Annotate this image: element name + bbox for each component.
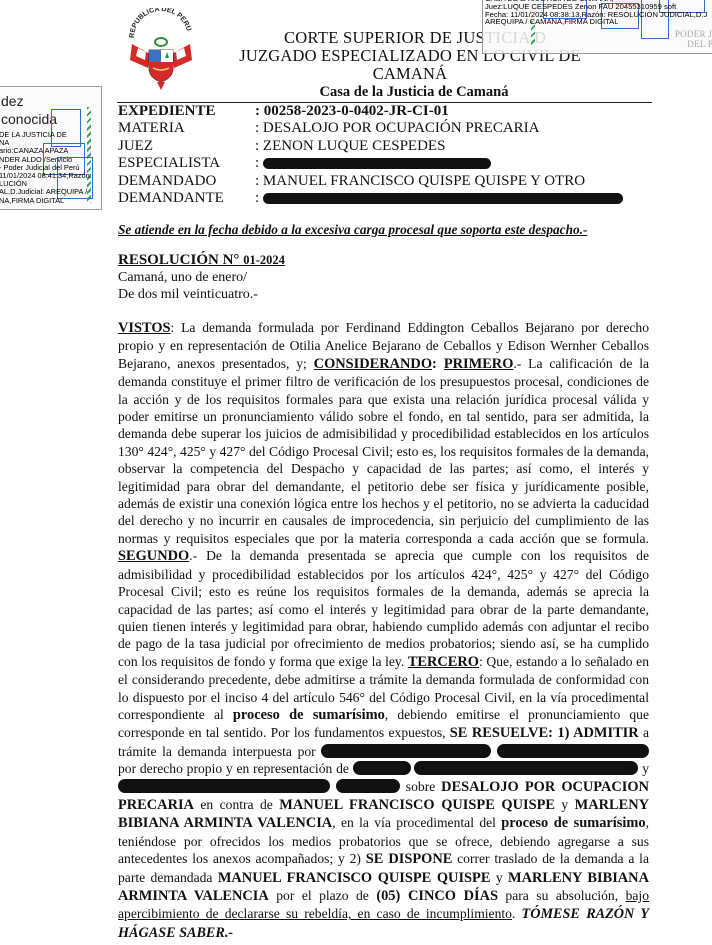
signature-line: AREQUIPA / CAMANA,FIRMA DIGITAL <box>485 18 707 26</box>
case-value: : <box>255 155 491 172</box>
redaction-block <box>353 761 411 775</box>
case-label: EXPEDIENTE <box>118 103 255 120</box>
signature-line: DE LA JUSTICIA DE <box>0 131 92 139</box>
signature-details: DE LA JUSTICIA DE NA ario:CANAZA APAZA N… <box>0 131 92 205</box>
bold-text: proceso de sumarísimo <box>501 815 645 831</box>
colon: : <box>255 190 259 206</box>
body-text: para su absolución, <box>498 888 626 903</box>
case-value: : <box>255 190 623 207</box>
redaction-block <box>497 744 649 758</box>
case-value: : 00258-2023-0-0402-JR-CI-01 <box>255 103 449 120</box>
case-label: DEMANDADO <box>118 173 255 190</box>
primero-label: PRIMERO <box>444 356 514 372</box>
resolution-heading: RESOLUCIÓN N° 01-2024 Camaná, uno de ene… <box>118 252 285 303</box>
tercero-label: TERCERO <box>408 654 479 670</box>
case-row-juez: JUEZ : ZENON LUQUE CESPEDES <box>118 138 623 155</box>
resolution-date-line: Camaná, uno de enero/ <box>118 269 285 286</box>
redaction-block <box>263 193 623 204</box>
redaction-block <box>263 158 491 169</box>
case-row-demandante: DEMANDANTE : <box>118 190 623 207</box>
resolution-body: VISTOS: La demanda formulada por Ferdina… <box>118 319 649 942</box>
bold-text: (05) CINCO DÍAS <box>376 888 498 904</box>
case-value: : DESALOJO POR OCUPACIÓN PRECARIA <box>255 120 540 137</box>
body-text: por derecho propio y en representación d… <box>118 761 353 776</box>
resolution-title: RESOLUCIÓN N° <box>118 252 239 268</box>
segundo-label: SEGUNDO <box>118 548 189 564</box>
case-value: : ZENON LUQUE CESPEDES <box>255 138 445 155</box>
signature-details: CASA DE LA JUSTICIA DE CAMANA, Juez:LUQU… <box>485 0 707 26</box>
se-resuelve-label: SE RESUELVE: 1) ADMITIR <box>450 725 639 741</box>
body-text: y <box>638 761 649 776</box>
case-label: DEMANDANTE <box>118 190 255 207</box>
redaction-block <box>118 779 330 793</box>
resolution-date-line: De dos mil veinticuatro.- <box>118 286 285 303</box>
signature-title: conocida <box>1 111 57 127</box>
se-dispone-label: SE DISPONE <box>366 851 453 867</box>
signature-line: NA,FIRMA DIGITAL <box>0 197 92 205</box>
body-text: y <box>555 797 575 812</box>
case-label: JUEZ <box>118 138 255 155</box>
case-row-demandado: DEMANDADO : MANUEL FRANCISCO QUISPE QUIS… <box>118 173 623 190</box>
digital-signature-specialist[interactable]: dez conocida DE LA JUSTICIA DE NA ario:C… <box>0 86 102 210</box>
logo-text: DEL PE <box>675 39 712 49</box>
peru-coat-of-arms-icon: REPUBLICA DEL PERU <box>124 8 198 92</box>
body-text: sobre <box>400 779 441 794</box>
body-text: en contra de <box>194 797 279 812</box>
body-text: . <box>512 906 522 921</box>
redaction-block <box>414 761 638 775</box>
case-value: : MANUEL FRANCISCO QUISPE QUISPE Y OTRO <box>255 173 585 190</box>
considerando-label: CONSIDERANDO <box>314 356 432 372</box>
body-text: .- La calificación de la demanda constit… <box>118 356 649 546</box>
case-label: MATERIA <box>118 120 255 137</box>
body-text: y <box>490 870 508 885</box>
redaction-block <box>321 744 491 758</box>
logo-text: PODER JU <box>675 29 712 39</box>
resolution-number: RESOLUCIÓN N° 01-2024 <box>118 252 285 269</box>
body-text: .- De la demanda presentada se aprecia q… <box>118 548 649 668</box>
body-paragraph: VISTOS: La demanda formulada por Ferdina… <box>118 319 649 942</box>
poder-judicial-logo: PODER JU DEL PE <box>675 29 712 49</box>
colon: : <box>255 155 259 171</box>
case-label: ESPECIALISTA <box>118 155 255 172</box>
sede-name: Casa de la Justicia de Camaná <box>208 83 620 101</box>
processing-note: Se atiende en la fecha debido a la exces… <box>118 222 587 238</box>
bold-text: MANUEL FRANCISCO QUISPE QUISPE <box>279 797 555 813</box>
redaction-block <box>336 779 400 793</box>
svg-text:REPUBLICA DEL PERU: REPUBLICA DEL PERU <box>129 8 192 38</box>
bold-text: proceso de sumarísimo <box>233 707 385 723</box>
bold-text: MANUEL FRANCISCO QUISPE QUISPE <box>218 870 491 886</box>
body-text: , en la vía procedimental del <box>332 815 501 830</box>
resolution-code: 01-2024 <box>243 253 285 267</box>
signature-title: dez <box>1 93 24 109</box>
case-row-especialista: ESPECIALISTA : <box>118 155 623 172</box>
body-text: por el plazo de <box>269 888 377 903</box>
case-info-table: EXPEDIENTE : 00258-2023-0-0402-JR-CI-01 … <box>118 103 623 207</box>
digital-signature-judge[interactable]: CASA DE LA JUSTICIA DE CAMANA, Juez:LUQU… <box>482 0 712 54</box>
case-row-materia: MATERIA : DESALOJO POR OCUPACIÓN PRECARI… <box>118 120 623 137</box>
case-row-expediente: EXPEDIENTE : 00258-2023-0-0402-JR-CI-01 <box>118 103 623 120</box>
vistos-label: VISTOS <box>118 320 171 336</box>
